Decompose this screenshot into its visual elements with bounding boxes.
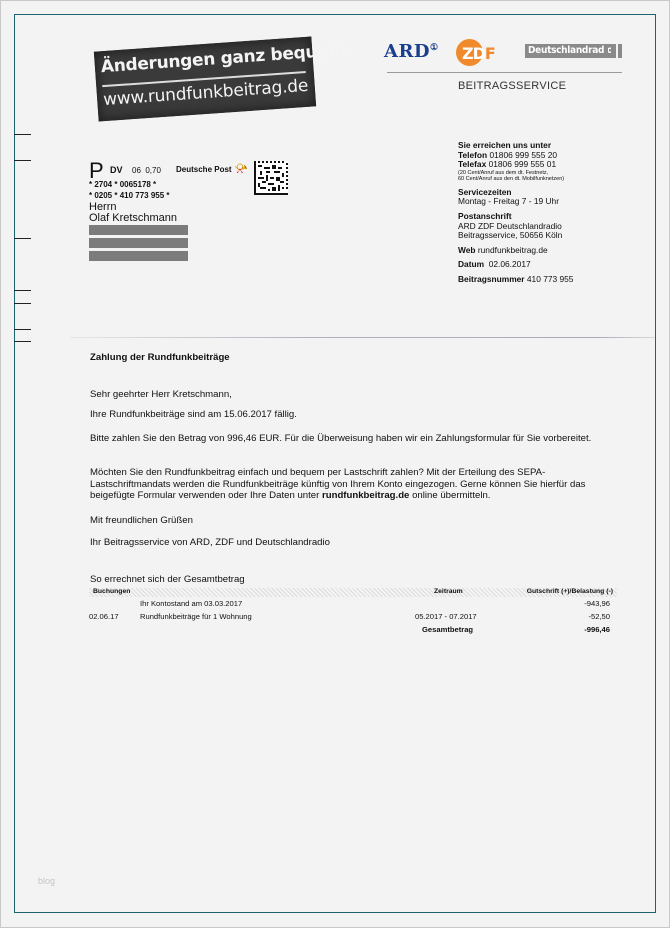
postal-line-2: Beitragsservice, 50656 Köln (458, 231, 573, 241)
fold-mark (14, 290, 31, 291)
fax-number: 01806 999 555 01 (489, 159, 557, 169)
column-bookings: Buchungen (93, 588, 130, 595)
zdf-logo: ZDF (456, 39, 500, 67)
web-link[interactable]: rundfunkbeitrag.de (478, 245, 548, 255)
contact-block: Sie erreichen uns unter Telefon 01806 99… (458, 141, 573, 285)
row-period: 05.2017 - 07.2017 (415, 612, 477, 621)
postage-dv: DV (110, 165, 123, 175)
fax-label: Telefax (458, 159, 486, 169)
datamatrix-code-icon (254, 161, 288, 195)
logo-divider (387, 72, 622, 73)
redacted-address-line (89, 225, 188, 235)
service-hours: Montag - Freitag 7 - 19 Uhr (458, 197, 573, 207)
column-period: Zeitraum (434, 588, 463, 595)
deutschlandradio-bars-icon (604, 44, 625, 63)
web-label: Web (458, 245, 476, 255)
fold-mark (14, 238, 31, 239)
ard-one-icon: ① (430, 43, 439, 53)
letter-date: 02.06.2017 (489, 259, 531, 269)
letter-subject: Zahlung der Rundfunkbeiträge (90, 352, 610, 364)
ard-text: ARD (384, 41, 430, 62)
table-header: Buchungen Zeitraum Gutschrift (+)/Belast… (89, 588, 617, 597)
fold-mark (14, 329, 31, 330)
rundfunkbeitrag-link[interactable]: rundfunkbeitrag.de (322, 490, 409, 501)
letter-paragraph-amount: Bitte zahlen Sie den Betrag von 996,46 E… (90, 433, 610, 445)
phone-number: 01806 999 555 20 (489, 150, 557, 160)
contribution-number: 410 773 955 (527, 274, 574, 284)
zdf-text: ZDF (462, 44, 495, 63)
fold-mark (14, 134, 31, 135)
row-date: 02.06.17 (89, 612, 119, 621)
fold-line (70, 337, 655, 338)
fold-mark (14, 341, 31, 342)
hours-label: Servicezeiten (458, 187, 512, 197)
post-horn-icon: 📯 (234, 162, 248, 175)
stamp-line-2: www.rundfunkbeitrag.de (103, 76, 309, 110)
fold-mark (14, 160, 31, 161)
postal-label: Postanschrift (458, 211, 512, 221)
row-description: Rundfunkbeiträge für 1 Wohnung (140, 612, 252, 621)
ard-logo: ARD① (384, 41, 439, 62)
service-name: BEITRAGSSERVICE (458, 80, 566, 92)
letter-paragraph-due: Ihre Rundfunkbeiträge sind am 15.06.2017… (90, 409, 610, 421)
call-cost-note-2: 60 Cent/Anruf aus den dt. Mobilfunknetze… (458, 176, 573, 183)
letter-signature: Ihr Beitragsservice von ARD, ZDF und Deu… (90, 537, 610, 549)
total-amount: -996,46 (584, 625, 610, 634)
letter-closing: Mit freundlichen Grüßen (90, 515, 610, 527)
contribution-number-label: Beitragsnummer (458, 274, 525, 284)
redacted-address-line (89, 251, 188, 261)
column-amount: Gutschrift (+)/Belastung (-) (527, 588, 613, 595)
calculation-heading: So errechnet sich der Gesamtbetrag (90, 574, 610, 586)
letter-paragraph-sepa: Möchten Sie den Rundfunkbeitrag einfach … (90, 467, 610, 502)
recipient-name: Olaf Kretschmann (89, 212, 177, 224)
row-amount: -52,50 (588, 612, 610, 621)
watermark: blog (38, 876, 55, 886)
redacted-address-line (89, 238, 188, 248)
carrier-name: Deutsche Post (176, 165, 232, 174)
postage-code-2: * 0205 * 410 773 955 * (89, 191, 170, 200)
row-amount: -943,96 (584, 599, 610, 608)
postage-code-1: * 2704 * 0065178 * (89, 180, 156, 189)
fold-mark (14, 303, 31, 304)
phone-label: Telefon (458, 150, 487, 160)
date-label: Datum (458, 259, 484, 269)
row-description: Ihr Kontostand am 03.03.2017 (140, 599, 242, 608)
letter-greeting: Sehr geehrter Herr Kretschmann, (90, 389, 610, 401)
contact-heading: Sie erreichen uns unter (458, 140, 551, 150)
deutschlandradio-logo: Deutschlandradio (525, 44, 616, 58)
postage-values: 06 0,70 (132, 166, 161, 175)
total-label: Gesamtbetrag (422, 625, 473, 634)
